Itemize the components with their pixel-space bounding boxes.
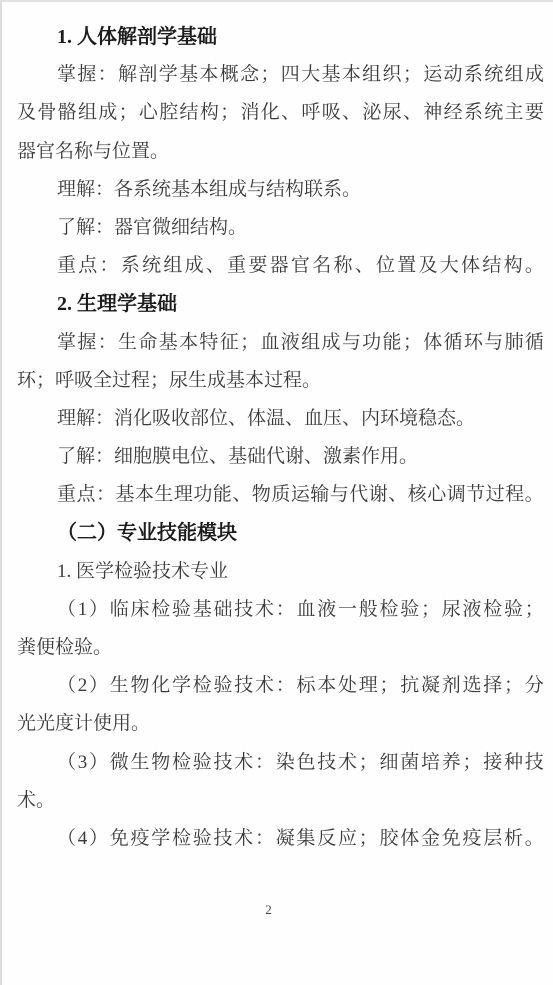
text-line: 环；呼吸全过程；尿生成基本过程。 bbox=[17, 362, 544, 400]
text-line: （4）免疫学检验技术：凝集反应；胶体金免疫层析。 bbox=[17, 820, 544, 858]
text-line: 重点：系统组成、重要器官名称、位置及大体结构。 bbox=[17, 247, 544, 285]
text-line: 及骨骼组成；心腔结构；消化、呼吸、泌尿、神经系统主要 bbox=[17, 94, 544, 132]
text-line: 粪便检验。 bbox=[17, 629, 544, 667]
text-line: 掌握：解剖学基本概念；四大基本组织；运动系统组成 bbox=[17, 56, 544, 94]
text-line: 理解：各系统基本组成与结构联系。 bbox=[17, 171, 544, 209]
text-line: 了解：器官微细结构。 bbox=[17, 209, 544, 247]
text-line: 器官名称与位置。 bbox=[17, 133, 544, 171]
section-heading: 1. 人体解剖学基础 bbox=[17, 18, 544, 56]
text-line: 1. 医学检验技术专业 bbox=[17, 553, 544, 591]
text-line: 理解：消化吸收部位、体温、血压、内环境稳态。 bbox=[17, 400, 544, 438]
text-line: 光光度计使用。 bbox=[17, 705, 544, 743]
text-line: 重点：基本生理功能、物质运输与代谢、核心调节过程。 bbox=[17, 476, 544, 514]
page-footer: 2 bbox=[17, 900, 544, 920]
section-heading: 2. 生理学基础 bbox=[17, 285, 544, 323]
document-body: 1. 人体解剖学基础掌握：解剖学基本概念；四大基本组织；运动系统组成及骨骼组成；… bbox=[17, 18, 544, 858]
document-page: 1. 人体解剖学基础掌握：解剖学基本概念；四大基本组织；运动系统组成及骨骼组成；… bbox=[0, 0, 553, 985]
section-heading: （二）专业技能模块 bbox=[17, 514, 544, 552]
text-line: （3）微生物检验技术：染色技术；细菌培养；接种技 bbox=[17, 744, 544, 782]
text-line: （1）临床检验基础技术：血液一般检验；尿液检验； bbox=[17, 591, 544, 629]
text-line: （2）生物化学检验技术：标本处理；抗凝剂选择；分 bbox=[17, 667, 544, 705]
text-line: 掌握：生命基本特征；血液组成与功能；体循环与肺循 bbox=[17, 324, 544, 362]
text-line: 了解：细胞膜电位、基础代谢、激素作用。 bbox=[17, 438, 544, 476]
page-number: 2 bbox=[265, 902, 272, 917]
text-line: 术。 bbox=[17, 782, 544, 820]
